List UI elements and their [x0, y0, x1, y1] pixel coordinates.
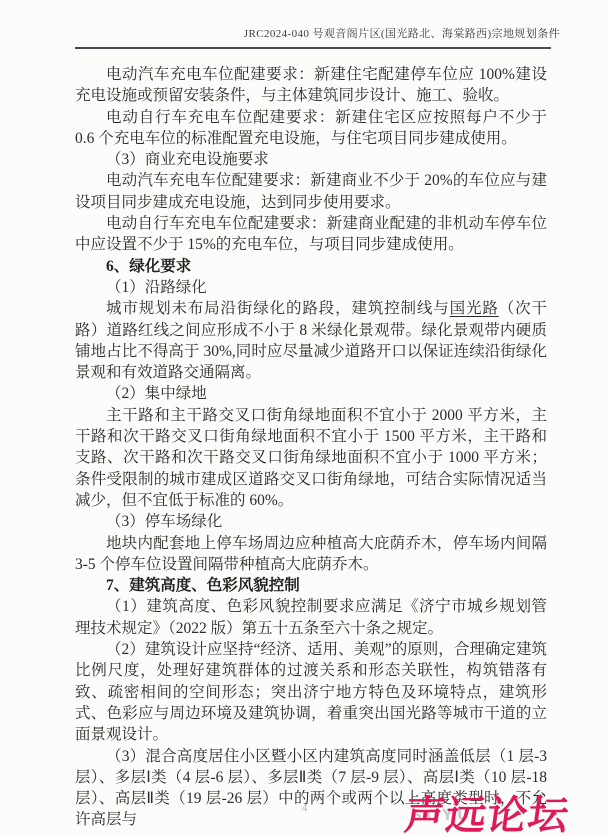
- document-body: 电动汽车充电车位配建要求：新建住宅配建停车位应 100%建设充电设施或预留安装条…: [75, 64, 547, 831]
- watermark-text: 声远论坛: [402, 794, 572, 836]
- text-segment: （3）商业充电设施要求: [106, 151, 269, 168]
- paragraph: （1）建筑高度、色彩风貌控制要求应满足《济宁市城乡规划管理技术规定》（2022 …: [75, 596, 547, 639]
- paragraph: 地块内配套地上停车场周边应种植高大庇荫乔木，停车场内间隔 3-5 个停车位设置间…: [75, 533, 547, 576]
- text-segment: 主干路和主干路交叉口街角绿地面积不宜小于 2000 平方米，主干路和次干路交叉口…: [75, 407, 547, 509]
- page-header-title: JRC2024-040 号观音阁片区(国光路北、海棠路西)宗地规划条件: [244, 25, 560, 41]
- document-page: JRC2024-040 号观音阁片区(国光路北、海棠路西)宗地规划条件 电动汽车…: [0, 0, 609, 836]
- paragraph: （2）建筑设计应坚持“经济、适用、美观”的原则，合理确定建筑比例尺度，处理好建筑…: [75, 639, 547, 745]
- underlined-road-name: 国光路: [450, 300, 499, 317]
- header-divider: [75, 47, 551, 49]
- text-segment: 电动自行车充电车位配建要求：新建住宅区应按照每户不少于 0.6 个充电车位的标准…: [75, 109, 547, 147]
- section-heading: 6、绿化要求: [75, 256, 547, 277]
- text-segment: （1）建筑高度、色彩风貌控制要求应满足《济宁市城乡规划管理技术规定》（2022 …: [75, 598, 547, 636]
- watermark: SOYU 声远论坛: [405, 792, 605, 836]
- paragraph: 电动自行车充电车位配建要求：新建商业配建的非机动车停车位中应设置不少于 15%的…: [75, 213, 547, 256]
- paragraph: 电动自行车充电车位配建要求：新建住宅区应按照每户不少于 0.6 个充电车位的标准…: [75, 107, 547, 150]
- text-segment: （2）集中绿地: [106, 385, 207, 402]
- text-segment: 电动自行车充电车位配建要求：新建商业配建的非机动车停车位中应设置不少于 15%的…: [75, 215, 547, 253]
- text-segment: 6、绿化要求: [106, 258, 191, 275]
- text-segment: 城市规划未布局沿街绿化的路段，建筑控制线与: [106, 300, 450, 317]
- text-segment: 7、建筑高度、色彩风貌控制: [106, 577, 300, 594]
- paragraph: （3）商业充电设施要求: [75, 149, 547, 170]
- text-segment: 电动汽车充电车位配建要求：新建商业不少于 20%的车位应与建设项目同步建成充电设…: [75, 172, 547, 210]
- paragraph: 电动汽车充电车位配建要求：新建住宅配建停车位应 100%建设充电设施或预留安装条…: [75, 64, 547, 107]
- text-segment: （1）沿路绿化: [106, 279, 207, 296]
- paragraph: 电动汽车充电车位配建要求：新建商业不少于 20%的车位应与建设项目同步建成充电设…: [75, 170, 547, 213]
- text-segment: 地块内配套地上停车场周边应种植高大庇荫乔木，停车场内间隔 3-5 个停车位设置间…: [75, 535, 547, 573]
- section-heading: 7、建筑高度、色彩风貌控制: [75, 575, 547, 596]
- paragraph: 主干路和主干路交叉口街角绿地面积不宜小于 2000 平方米，主干路和次干路交叉口…: [75, 405, 547, 511]
- paragraph: 城市规划未布局沿街绿化的路段，建筑控制线与国光路（次干路）道路红线之间应形成不小…: [75, 298, 547, 383]
- paragraph: （3）停车场绿化: [75, 511, 547, 532]
- paragraph: （2）集中绿地: [75, 383, 547, 404]
- text-segment: （3）停车场绿化: [106, 513, 222, 530]
- paragraph: （1）沿路绿化: [75, 277, 547, 298]
- text-segment: 电动汽车充电车位配建要求：新建住宅配建停车位应 100%建设充电设施或预留安装条…: [75, 66, 547, 104]
- text-segment: （2）建筑设计应坚持“经济、适用、美观”的原则，合理确定建筑比例尺度，处理好建筑…: [75, 641, 547, 743]
